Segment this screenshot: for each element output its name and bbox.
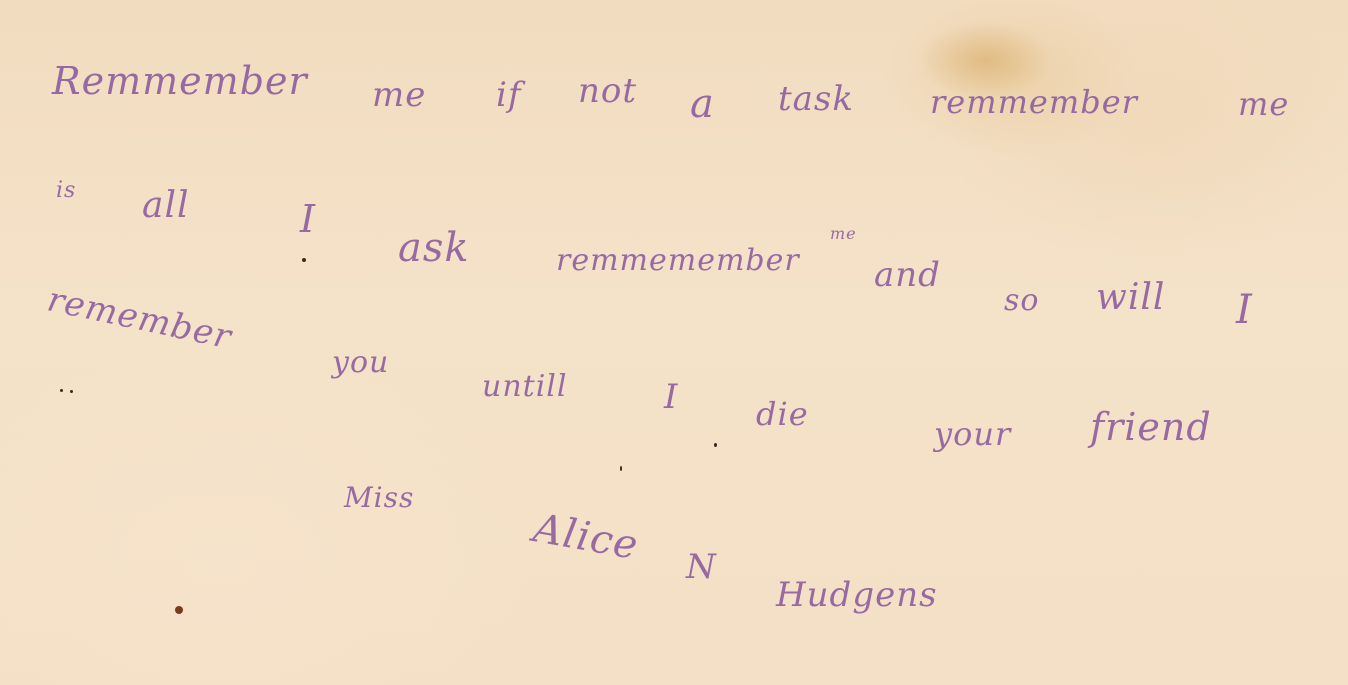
word: you bbox=[332, 348, 389, 378]
paper-speck bbox=[70, 390, 73, 393]
word: I bbox=[1236, 290, 1253, 330]
word: I bbox=[664, 380, 678, 414]
signature-last-name: Hudgens bbox=[776, 578, 938, 612]
word: task bbox=[778, 82, 854, 116]
word: me bbox=[830, 226, 857, 242]
word: your bbox=[934, 418, 1011, 450]
word: is bbox=[56, 180, 76, 202]
word: me bbox=[1238, 88, 1289, 120]
paper-speck bbox=[620, 466, 622, 471]
word: remmemember bbox=[556, 246, 800, 276]
paper-speck bbox=[714, 443, 717, 447]
word: ask bbox=[398, 228, 470, 268]
paper-speck bbox=[175, 606, 183, 614]
paper-speck bbox=[60, 389, 63, 392]
word: if bbox=[496, 78, 521, 112]
word: die bbox=[756, 398, 809, 430]
word: Remmember bbox=[52, 62, 308, 100]
word: friend bbox=[1090, 408, 1212, 446]
word: me bbox=[372, 78, 426, 112]
signature-prefix: Miss bbox=[344, 484, 414, 512]
word: and bbox=[874, 258, 941, 292]
signature-initial: N bbox=[686, 550, 717, 584]
word: all bbox=[142, 188, 190, 224]
word: remmember bbox=[930, 86, 1138, 118]
word: untill bbox=[482, 372, 567, 402]
word: will bbox=[1096, 280, 1165, 316]
word: so bbox=[1004, 286, 1039, 316]
paper-speck bbox=[302, 258, 306, 262]
word: I bbox=[300, 200, 316, 238]
word: not bbox=[578, 74, 637, 108]
word: a bbox=[690, 84, 715, 124]
